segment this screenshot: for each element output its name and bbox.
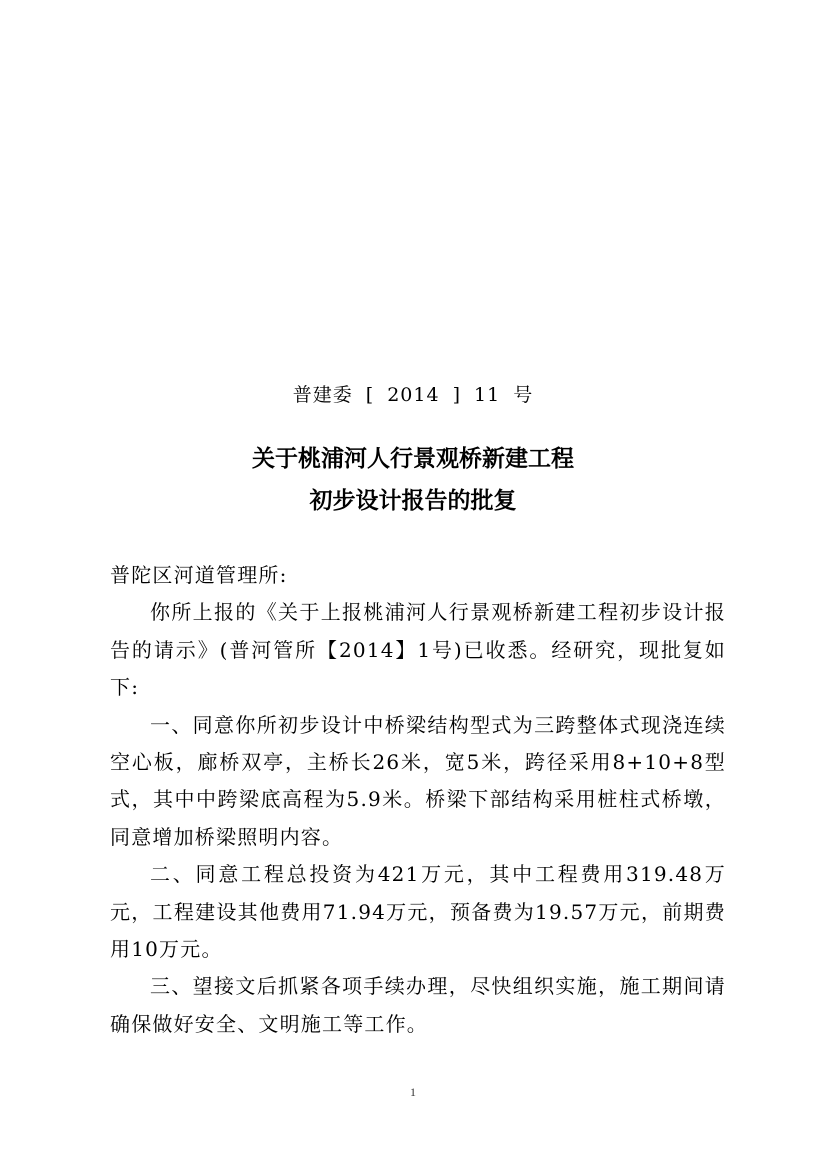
document-page: 普建委 [ 2014 ] 11 号 关于桃浦河人行景观桥新建工程 初步设计报告的… <box>0 0 826 1169</box>
paragraph-item-1: 一、同意你所初步设计中桥梁结构型式为三跨整体式现浇连续空心板，廊桥双亭，主桥长2… <box>110 707 726 857</box>
paragraph-item-2: 二、同意工程总投资为421万元，其中工程费用319.48万元，工程建设其他费用7… <box>110 856 726 968</box>
page-number: 1 <box>0 1085 826 1100</box>
document-number: 普建委 [ 2014 ] 11 号 <box>0 380 826 407</box>
document-body: 普陀区河道管理所: 你所上报的《关于上报桃浦河人行景观桥新建工程初步设计报告的请… <box>110 557 726 1043</box>
document-title-line-2: 初步设计报告的批复 <box>0 482 826 515</box>
paragraph-item-3: 三、望接文后抓紧各项手续办理，尽快组织实施，施工期间请确保做好安全、文明施工等工… <box>110 968 726 1043</box>
document-title-line-1: 关于桃浦河人行景观桥新建工程 <box>0 440 826 473</box>
paragraph-intro: 你所上报的《关于上报桃浦河人行景观桥新建工程初步设计报告的请示》(普河管所【20… <box>110 594 726 706</box>
addressee: 普陀区河道管理所: <box>110 557 726 594</box>
